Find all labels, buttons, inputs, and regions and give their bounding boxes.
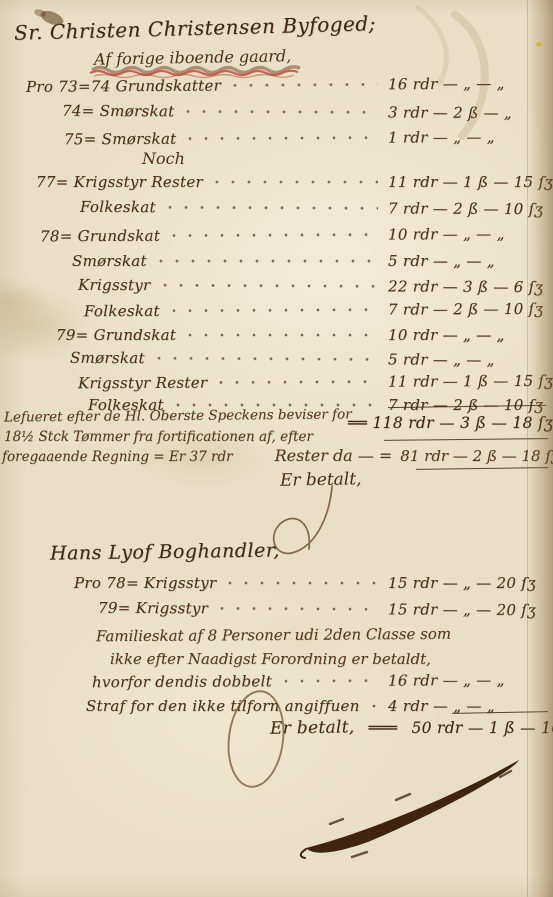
entry-label: Pro 73=74 Grundskatter <box>26 76 221 95</box>
entry-label: Smørskat <box>72 252 147 270</box>
dotted-leader <box>168 205 378 210</box>
tax-row: 77= Krigsstyr Rester 11 rdr — 1 ß — 15 ſ… <box>36 173 548 191</box>
entry-label: 77= Krigsstyr Rester <box>36 173 203 191</box>
dotted-leader <box>188 136 378 141</box>
closing-stroke <box>306 760 519 853</box>
entry-label: Pro 78= Krigsstyr <box>74 574 216 592</box>
debtor-heading-2: Hans Lyof Boghandler, <box>50 539 280 564</box>
dotted-leader <box>172 308 378 313</box>
bleedthrough-flourish-2 <box>418 8 446 82</box>
entry-amount: 16 rdr — „ — „ <box>388 671 548 690</box>
entry-label: Krigsstyr Rester <box>78 374 207 393</box>
tax-row: 75= Smørskat 1 rdr — „ — „ <box>64 128 548 149</box>
dotted-leader <box>186 109 378 114</box>
section-total-row: ══ 118 rdr — 3 ß — 18 ſʒ <box>348 414 548 432</box>
tax-row: 74= Smørskat 3 rdr — 2 ß — „ <box>62 102 548 123</box>
tax-row: 79= Grundskat 10 rdr — „ — „ <box>56 326 548 344</box>
entry-amount: 5 rdr — „ — „ <box>388 252 548 270</box>
entry-amount: 1 rdr — „ — „ <box>388 128 548 147</box>
section-total-amount: 118 rdr — 3 ß — 18 ſʒ <box>373 414 553 432</box>
entry-label: 78= Grundskat <box>40 227 160 246</box>
noch-label: Noch <box>142 149 185 168</box>
entry-amount: 11 rdr — 1 ß — 15 ſʒ <box>388 372 548 391</box>
tax-row: 78= Grundskat 10 rdr — „ — „ <box>40 225 548 246</box>
dotted-leader <box>188 333 378 337</box>
entry-label: Krigsstyr <box>78 276 151 294</box>
closing-stroke-dashes <box>330 771 511 857</box>
tax-row: Pro 73=74 Grundskatter 16 rdr — „ — „ <box>26 74 548 96</box>
tax-row: Krigsstyr 22 rdr — 3 ß — 6 ſʒ <box>78 276 548 296</box>
tax-row: Pro 78= Krigsstyr 15 rdr — „ — 20 ſʒ <box>74 574 548 592</box>
tax-row: 79= Krigsstyr 15 rdr — „ — 20 ſʒ <box>98 599 548 619</box>
family-tax-note-line2: ikke efter Naadigst Forordning er betald… <box>110 650 431 668</box>
delivery-note-line1: Lefueret efter de Hl. Oberste Speckens b… <box>4 406 352 425</box>
debtor-heading: Sr. Christen Christensen Byfoged; <box>14 11 376 44</box>
sum-rule-mid <box>384 438 548 441</box>
tax-row: hvorfor dendis dobbelt 16 rdr — „ — „ <box>92 671 548 691</box>
entry-label: Folkeskat <box>80 198 156 216</box>
dotted-leader <box>219 380 378 385</box>
tax-row: Folkeskat 7 rdr — 2 ß — 10 ſʒ <box>80 198 548 218</box>
entry-amount: 15 rdr — „ — 20 ſʒ <box>388 600 548 619</box>
paid-note-2: Er betalt, <box>270 717 355 738</box>
entry-amount: 11 rdr — 1 ß — 15 ſʒ <box>388 173 548 191</box>
double-dash: ══ <box>348 414 367 432</box>
dotted-leader <box>228 581 378 585</box>
dotted-leader <box>220 606 378 611</box>
dotted-leader <box>233 82 378 87</box>
tax-row: Folkeskat 7 rdr — 2 ß — 10 ſʒ <box>84 300 548 320</box>
entry-label: Folkeskat <box>84 302 160 320</box>
paid-note: Er betalt, <box>280 469 362 490</box>
triple-dash: ═══ <box>369 719 398 737</box>
dotted-leader <box>157 356 378 361</box>
manuscript-page: Sr. Christen Christensen Byfoged; Af for… <box>0 0 553 897</box>
dotted-leader <box>163 283 378 288</box>
entry-amount: 22 rdr — 3 ß — 6 ſʒ <box>388 277 548 296</box>
betalt-flourish <box>274 486 332 553</box>
entry-amount: 3 rdr — 2 ß — „ <box>388 103 548 122</box>
dotted-leader <box>372 704 378 708</box>
entry-label: 79= Krigsstyr <box>98 599 208 618</box>
family-tax-note-line1: Familieskat af 8 Personer udi 2den Class… <box>96 625 451 645</box>
property-subheading: Af forige iboende gaard, <box>94 46 292 68</box>
entry-label: 79= Grundskat <box>56 326 176 344</box>
dotted-leader <box>172 233 378 238</box>
dotted-leader <box>215 180 378 184</box>
entry-label: 75= Smørskat <box>64 130 177 149</box>
entry-amount: 5 rdr — „ — „ <box>388 350 548 369</box>
entry-label: 74= Smørskat <box>62 102 175 121</box>
entry-amount: 16 rdr — „ — „ <box>388 74 548 93</box>
closing-stroke-hook <box>301 849 306 858</box>
tax-row: Krigsstyr Rester 11 rdr — 1 ß — 15 ſʒ <box>78 372 548 392</box>
delivery-note-line2: 18½ Stck Tømmer fra fortificationen af, … <box>4 429 313 445</box>
binding-edge <box>527 0 553 897</box>
tax-row: Smørskat 5 rdr — „ — „ <box>72 252 548 270</box>
dotted-leader <box>159 259 378 263</box>
red-underline <box>90 71 298 75</box>
dotted-leader <box>284 679 378 683</box>
rest-label: Rester da — = <box>275 446 393 465</box>
yellow-speck <box>536 42 542 47</box>
entry-amount: 10 rdr — „ — „ <box>388 225 548 244</box>
ink-smudge-small <box>33 8 47 18</box>
tax-row: Smørskat 5 rdr — „ — „ <box>70 349 548 370</box>
entry-amount: 15 rdr — „ — 20 ſʒ <box>388 574 548 592</box>
rest-row: foregaaende Regning = Er 37 rdr Rester d… <box>2 446 549 465</box>
final-total-row: Er betalt, ═══ 50 rdr — 1 ß — 16 ſʒ <box>270 718 548 738</box>
entry-amount: 10 rdr — „ — „ <box>388 326 548 344</box>
entry-label: hvorfor dendis dobbelt <box>92 672 272 691</box>
entry-label: Smørskat <box>70 349 145 367</box>
entry-amount: 7 rdr — 2 ß — 10 ſʒ <box>388 300 548 319</box>
entry-amount: 7 rdr — 2 ß — 10 ſʒ <box>388 199 548 218</box>
entry-label: Straf for den ikke tilforn angiffuen <box>86 697 360 715</box>
delivery-note-line3: foregaaende Regning = Er 37 rdr <box>2 449 233 465</box>
